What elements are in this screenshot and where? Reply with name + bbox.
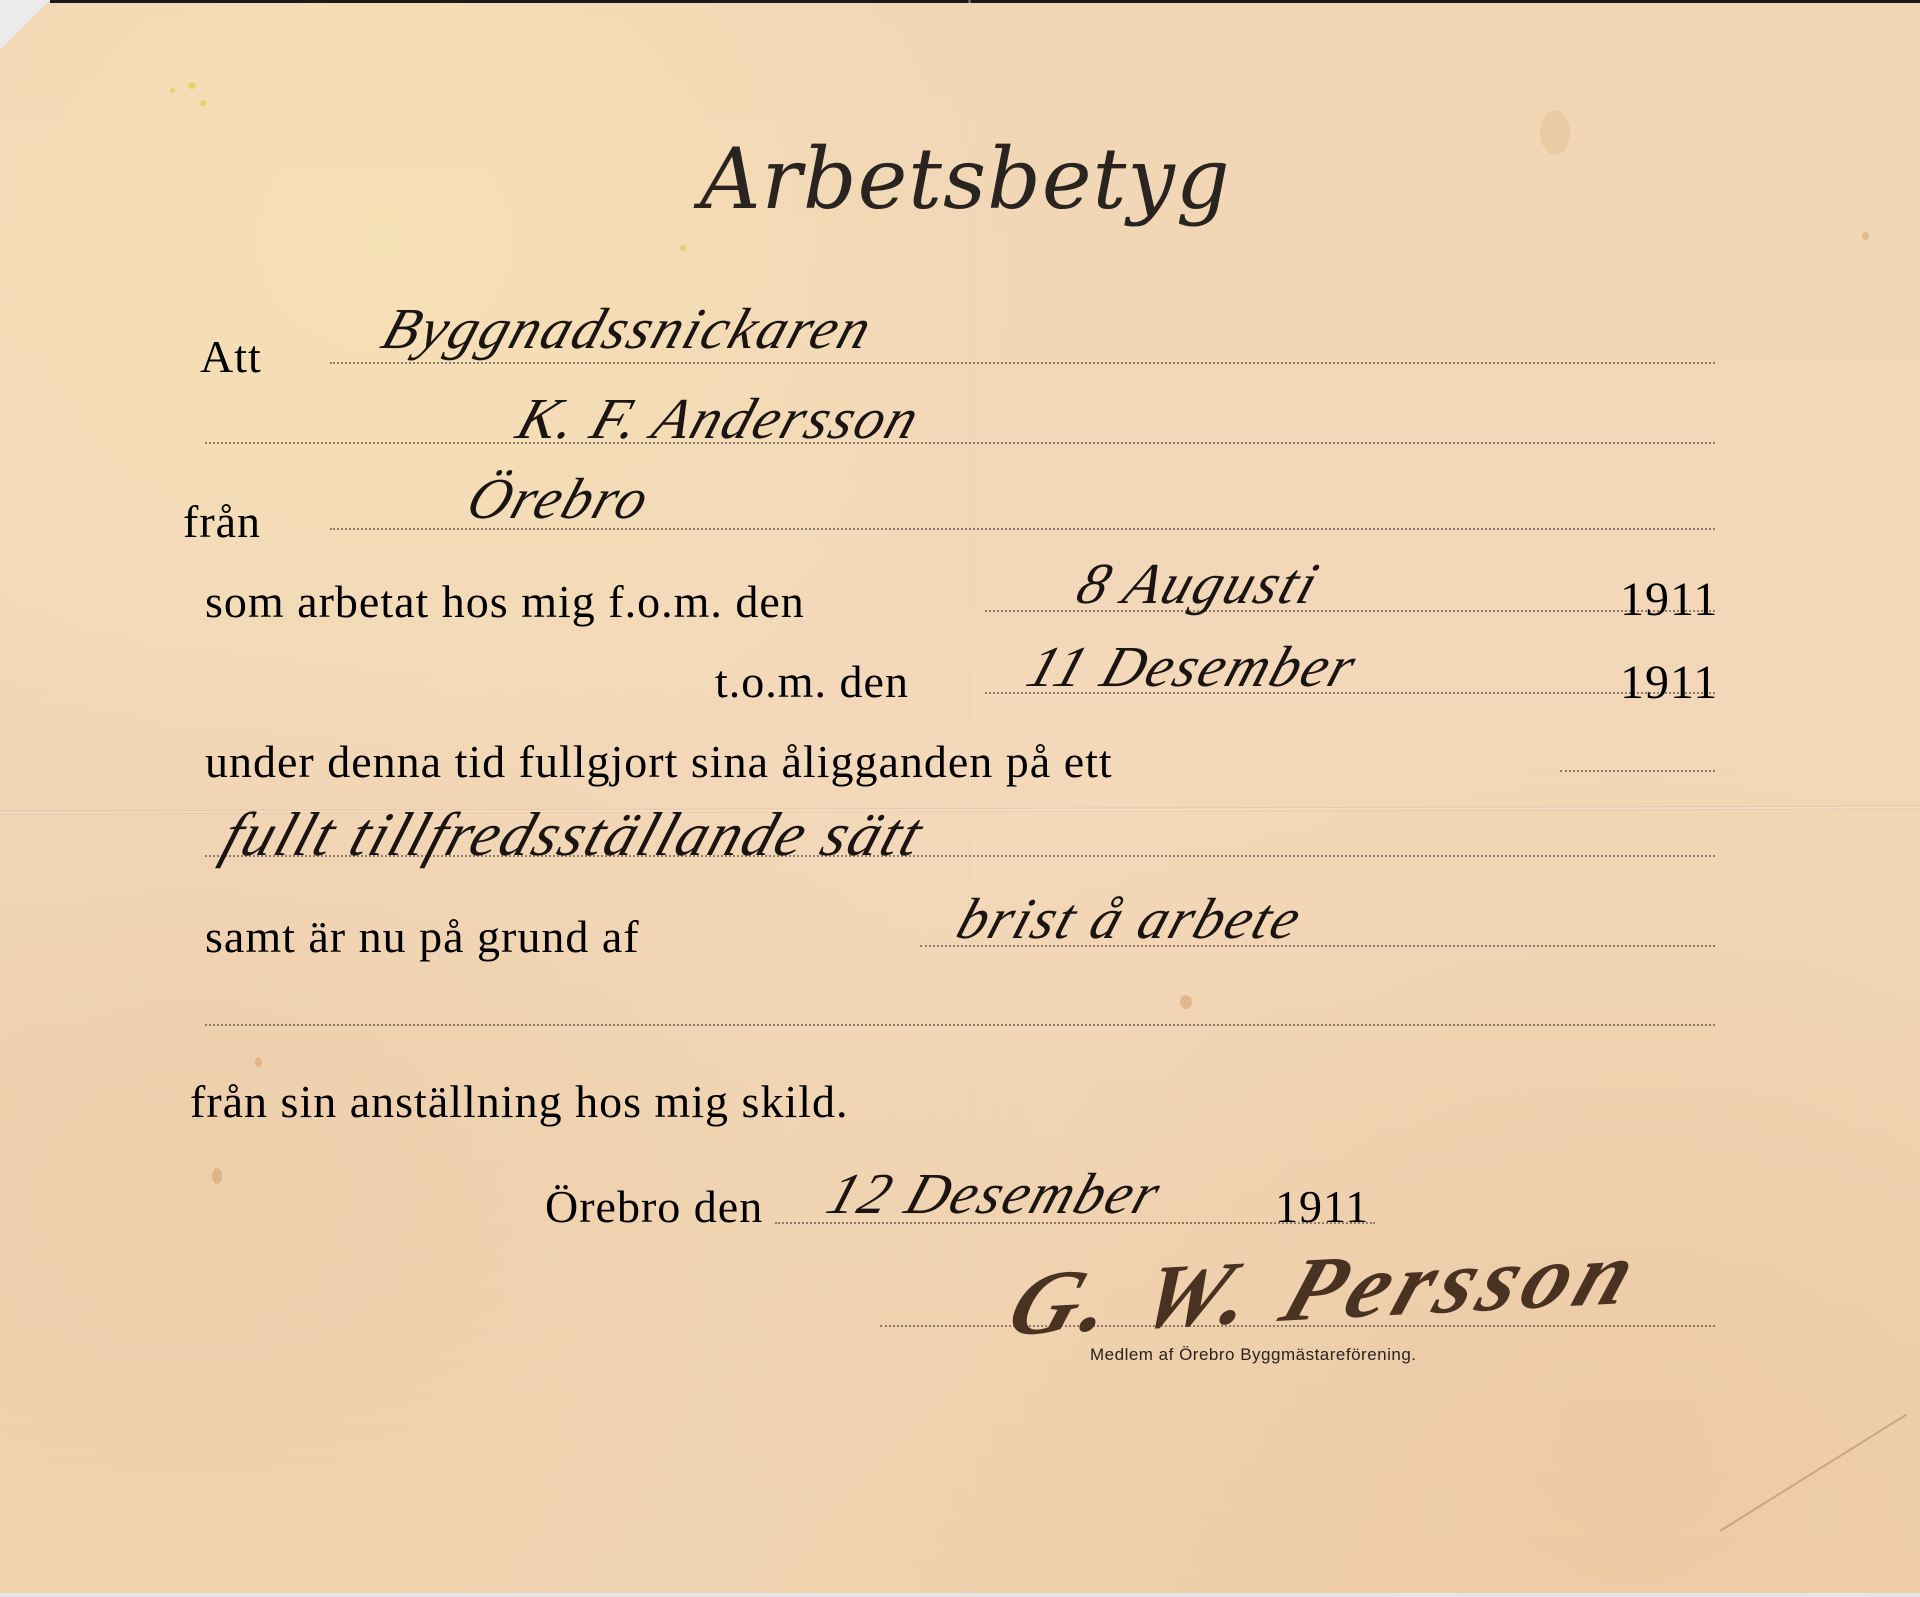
label-from-date: som arbetat hos mig f.o.m. den <box>205 575 805 628</box>
speck <box>170 88 175 93</box>
fold-line-vertical <box>968 0 971 1597</box>
label-duties: under denna tid fullgjort sina åliggande… <box>205 735 1113 788</box>
field-reason: brist å arbete <box>949 885 1311 952</box>
field-issue-year: 1911 <box>1275 1180 1369 1233</box>
label-att: Att <box>200 330 262 383</box>
label-to-date: t.o.m. den <box>715 655 909 708</box>
speck <box>680 245 686 251</box>
document-paper: Arbetsbetyg Att Byggnadssnickaren K. F. … <box>0 0 1920 1597</box>
field-from-date: 8 Augusti <box>1069 550 1328 617</box>
member-caption: Medlem af Örebro Byggmästareförening. <box>1090 1345 1417 1365</box>
document-title: Arbetsbetyg <box>700 130 1220 228</box>
field-name: K. F. Andersson <box>509 385 929 452</box>
closing-text: från sin anställning hos mig skild. <box>190 1075 849 1128</box>
stain <box>1180 995 1192 1009</box>
stain <box>212 1168 222 1184</box>
label-place-date: Örebro den <box>545 1180 763 1233</box>
label-fran: från <box>183 495 261 548</box>
field-from-year: 1911 <box>1620 572 1718 627</box>
stain <box>1862 232 1869 240</box>
dotted-line <box>205 1024 1715 1026</box>
corner-crease <box>1719 1414 1907 1532</box>
speck <box>200 100 206 106</box>
signature: G. W. Persson <box>995 1219 1656 1357</box>
field-origin: Örebro <box>459 465 659 532</box>
stain <box>1540 110 1570 155</box>
dotted-line <box>205 442 1715 444</box>
field-to-year: 1911 <box>1620 655 1718 710</box>
scan-edge-top <box>50 0 1920 3</box>
speck <box>188 82 196 89</box>
field-assessment: fullt tillfredsställande sätt <box>213 800 932 871</box>
field-issue-date: 12 Desember <box>819 1160 1170 1227</box>
label-reason: samt är nu på grund af <box>205 910 640 963</box>
dotted-line <box>330 362 1715 364</box>
scan-edge-bottom <box>0 1593 1920 1597</box>
dotted-line <box>1560 770 1715 772</box>
field-to-date: 11 Desember <box>1019 633 1366 700</box>
field-occupation: Byggnadssnickaren <box>374 295 882 362</box>
stain <box>255 1057 262 1067</box>
